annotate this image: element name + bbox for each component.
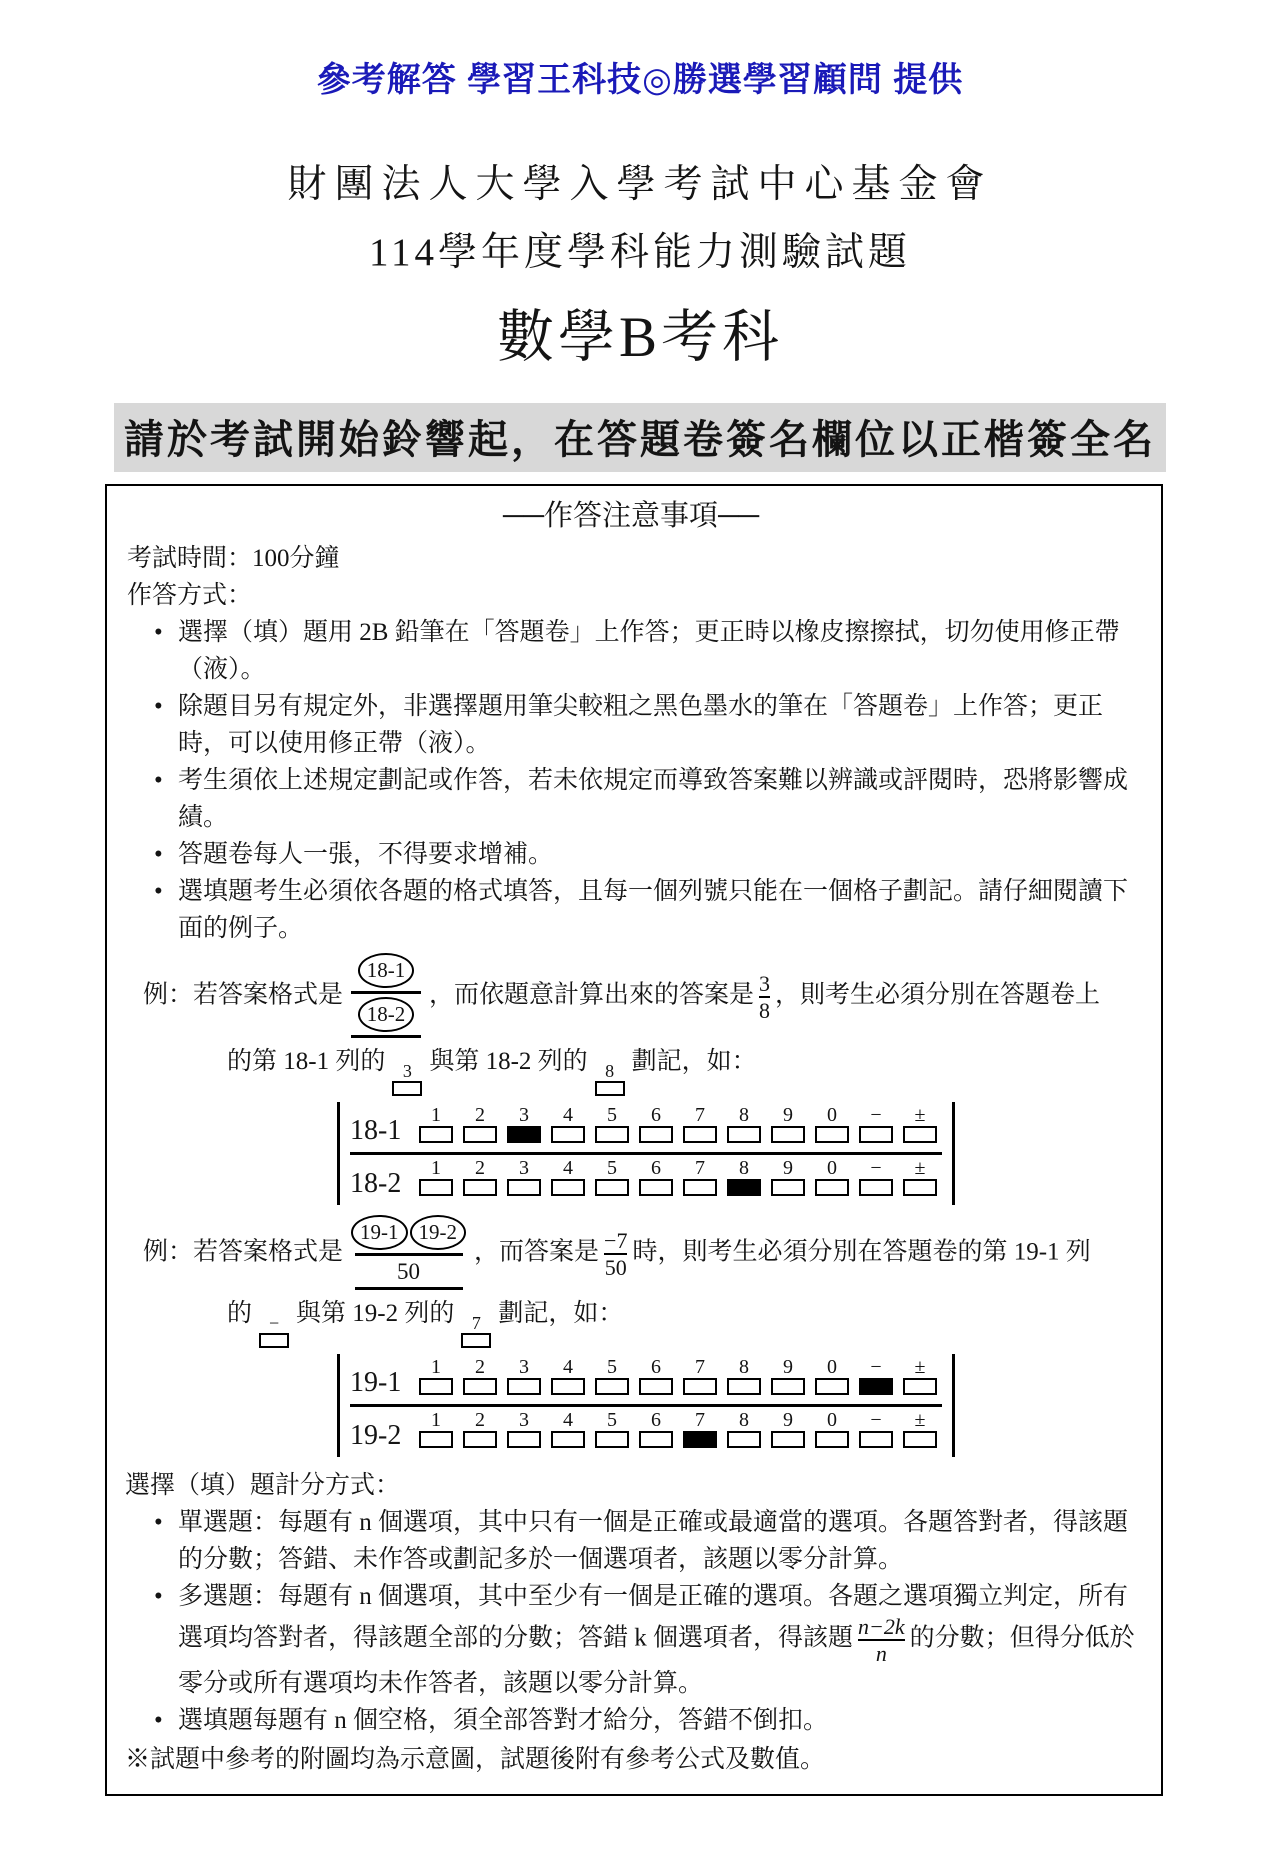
bubble-grid: 18-11234567890−±18-21234567890−± <box>337 1102 955 1205</box>
answer-bubble <box>727 1431 761 1448</box>
answer-grid-cell-label: 0 <box>827 1358 837 1377</box>
fraction-denominator: 8 <box>759 999 770 1022</box>
underline-bar <box>355 1287 463 1290</box>
answer-grid-cell: 3 <box>502 1159 546 1196</box>
answer-grid-cell-label: 7 <box>695 1106 705 1125</box>
mark-box-minus: − <box>259 1315 289 1348</box>
answering-notes-box: ──作答注意事項── 考試時間：100分鐘 作答方式： 選擇（填）題用 2B 鉛… <box>105 484 1163 1796</box>
example-2-mark-instruction: 的−與第 19-2 列的7劃記，如： <box>227 1295 1137 1348</box>
answer-grid-cell: ± <box>898 1358 942 1395</box>
answer-grid-cell-label: 5 <box>607 1358 617 1377</box>
answer-method-list: 選擇（填）題用 2B 鉛筆在「答題卷」上作答；更正時以橡皮擦擦拭，切勿使用修正帶… <box>151 614 1137 947</box>
fraction-numerator: −7 <box>604 1229 627 1252</box>
organization-title: 財團法人大學入學考試中心基金會 <box>0 153 1280 209</box>
answer-bubble <box>683 1378 717 1395</box>
signature-instruction-banner: 請於考試開始鈴響起，在答題卷簽名欄位以正楷簽全名 <box>114 403 1166 472</box>
mark-box-label: − <box>269 1315 279 1332</box>
mark-box-rect <box>461 1333 491 1348</box>
answer-bubble <box>419 1431 453 1448</box>
answer-grid-cell-label: 7 <box>695 1159 705 1178</box>
answer-grid-cell-label: 8 <box>739 1159 749 1178</box>
answer-bubble-filled <box>727 1179 761 1196</box>
field-oval-18-2: 18-2 <box>358 997 415 1032</box>
score-fraction-n-2k-over-n: n−2kn <box>858 1615 905 1665</box>
bubble-grid: 19-11234567890−±19-21234567890−± <box>337 1354 955 1457</box>
example-1-sentence: 例：若答案格式是18-118-2，而依題意計算出來的答案是38，則考生必須分別在… <box>143 953 1137 1041</box>
answer-grid-cell-label: 6 <box>651 1358 661 1377</box>
list-item: 選擇（填）題用 2B 鉛筆在「答題卷」上作答；更正時以橡皮擦擦拭，切勿使用修正帶… <box>151 614 1137 688</box>
answer-grid-cell-label: 3 <box>519 1159 529 1178</box>
answer-grid-cell: 2 <box>458 1106 502 1143</box>
answer-grid-cell-label: 3 <box>519 1411 529 1430</box>
example-2-prefix: 例：若答案格式是 <box>143 1239 343 1266</box>
answer-grid-cell: 1 <box>414 1159 458 1196</box>
answer-bubble <box>683 1179 717 1196</box>
answer-fraction-3-8: 38 <box>759 972 770 1022</box>
mark-box-rect <box>259 1333 289 1348</box>
answer-bubble <box>903 1431 937 1448</box>
answer-bubble <box>551 1126 585 1143</box>
answer-bubble <box>639 1179 673 1196</box>
answer-grid-cell-label: 9 <box>783 1106 793 1125</box>
answer-grid-cell: 3 <box>502 1411 546 1448</box>
answer-method-label: 作答方式： <box>127 577 1137 614</box>
answer-bubble <box>507 1179 541 1196</box>
answer-bubble <box>595 1126 629 1143</box>
answer-grid-cell: 9 <box>766 1411 810 1448</box>
answer-bubble <box>815 1378 849 1395</box>
answer-grid-cell: 7 <box>678 1159 722 1196</box>
underline-bar <box>351 1035 421 1038</box>
answer-grid-cell-label: 6 <box>651 1159 661 1178</box>
answer-bubble <box>683 1126 717 1143</box>
answer-grid-cell: 4 <box>546 1106 590 1143</box>
answer-bubble <box>595 1431 629 1448</box>
answer-grid-cell-label: 5 <box>607 1106 617 1125</box>
answer-grid-cell-label: 4 <box>563 1358 573 1377</box>
answer-grid-row-label: 18-2 <box>350 1170 414 1198</box>
answer-format-18-graphic: 18-118-2 <box>351 953 421 1041</box>
answer-bubble <box>815 1179 849 1196</box>
answer-grid-cell-label: 6 <box>651 1411 661 1430</box>
field-oval-pair: 19-119-2 <box>351 1215 466 1250</box>
list-item: 選填題考生必須依各題的格式填答，且每一個列號只能在一個格子劃記。請仔細閱讀下面的… <box>151 873 1137 947</box>
answer-grid-row-label: 18-1 <box>350 1117 414 1145</box>
answer-grid-cell-label: 3 <box>519 1106 529 1125</box>
answer-grid-18: 18-11234567890−±18-21234567890−± <box>337 1102 1137 1205</box>
answer-bubble <box>903 1179 937 1196</box>
answer-grid-cell: 8 <box>722 1411 766 1448</box>
fraction-denominator: n <box>876 1642 887 1665</box>
example-2-mid: ，而答案是 <box>474 1239 599 1266</box>
answer-grid-cell-label: 7 <box>695 1411 705 1430</box>
answer-grid-cell-label: 1 <box>431 1411 441 1430</box>
mark-box-label: 7 <box>472 1315 481 1332</box>
answer-bubble <box>507 1378 541 1395</box>
answer-grid-row-label: 19-1 <box>350 1369 414 1397</box>
answer-grid-cell: 5 <box>590 1106 634 1143</box>
mark-box-label: 8 <box>605 1063 614 1080</box>
answer-grid-cell: 5 <box>590 1358 634 1395</box>
answer-grid-cell-label: 9 <box>783 1159 793 1178</box>
answer-grid-row: 18-21234567890−± <box>350 1152 942 1205</box>
answer-grid-cell-label: 2 <box>475 1106 485 1125</box>
answer-grid-cell: 1 <box>414 1106 458 1143</box>
answer-grid-cell-label: 4 <box>563 1106 573 1125</box>
answer-grid-row: 19-11234567890−± <box>350 1354 942 1404</box>
answer-bubble <box>419 1179 453 1196</box>
answer-bubble <box>463 1378 497 1395</box>
answer-grid-cell: 3 <box>502 1106 546 1143</box>
exam-year-title: 114學年度學科能力測驗試題 <box>0 221 1280 277</box>
answer-grid-cell: ± <box>898 1106 942 1143</box>
answer-grid-cell-label: 9 <box>783 1358 793 1377</box>
answer-grid-cell-label: 3 <box>519 1358 529 1377</box>
answer-bubble <box>463 1431 497 1448</box>
answer-grid-cell: 5 <box>590 1411 634 1448</box>
answer-grid-row: 19-21234567890−± <box>350 1404 942 1457</box>
fraction-numerator: n−2k <box>858 1615 905 1638</box>
example-1-mid: ，而依題意計算出來的答案是 <box>429 982 754 1009</box>
mark-text: 的第 18-1 列的 <box>227 1048 385 1075</box>
answer-bubble <box>815 1126 849 1143</box>
answer-grid-cell: 0 <box>810 1358 854 1395</box>
answer-grid-cell: ± <box>898 1411 942 1448</box>
answer-grid-cell: 6 <box>634 1411 678 1448</box>
answer-grid-cell-label: 1 <box>431 1106 441 1125</box>
list-item-multi-choice: 多選題：每題有 n 個選項，其中至少有一個是正確的選項。各題之選項獨立判定，所有… <box>151 1578 1137 1702</box>
mark-box-rect <box>595 1081 625 1096</box>
answer-grid-cell: 1 <box>414 1358 458 1395</box>
answer-grid-cell-label: 8 <box>739 1411 749 1430</box>
answer-bubble-filled <box>683 1431 717 1448</box>
field-oval-18-1: 18-1 <box>358 953 415 988</box>
answer-grid-cell-label: 0 <box>827 1106 837 1125</box>
answer-grid-cell-label: 6 <box>651 1106 661 1125</box>
scoring-section-title: 選擇（填）題計分方式： <box>125 1467 1137 1504</box>
example-1-mark-instruction: 的第 18-1 列的3與第 18-2 列的8劃記，如： <box>227 1043 1137 1096</box>
answer-grid-cell: 5 <box>590 1159 634 1196</box>
answer-grid-cell-label: 4 <box>563 1411 573 1430</box>
answer-grid-cell: 7 <box>678 1358 722 1395</box>
answer-key-credit-header: 參考解答 學習王科技◎勝選學習顧問 提供 <box>0 52 1280 101</box>
answer-bubble <box>859 1179 893 1196</box>
list-item: 答題卷每人一張，不得要求增補。 <box>151 836 1137 873</box>
answer-grid-cell-label: 8 <box>739 1358 749 1377</box>
list-item: 除題目另有規定外，非選擇題用筆尖較粗之黑色墨水的筆在「答題卷」上作答；更正時，可… <box>151 688 1137 762</box>
answer-grid-row: 18-11234567890−± <box>350 1102 942 1152</box>
fraction-denominator: 50 <box>605 1256 627 1279</box>
answer-grid-cell: 1 <box>414 1411 458 1448</box>
answer-bubble <box>903 1378 937 1395</box>
footnote: ※試題中參考的附圖均為示意圖，試題後附有參考公式及數值。 <box>125 1741 1137 1778</box>
answer-bubble <box>903 1126 937 1143</box>
answer-grid-cell: 9 <box>766 1106 810 1143</box>
answer-grid-cell: − <box>854 1159 898 1196</box>
answer-format-19-graphic: 19-119-250 <box>351 1215 466 1293</box>
answer-grid-row-label: 19-2 <box>350 1422 414 1450</box>
answer-grid-cell-label: 8 <box>739 1106 749 1125</box>
mark-box-7: 7 <box>461 1315 491 1348</box>
mark-text: 劃記，如： <box>498 1300 623 1327</box>
answer-bubble <box>639 1378 673 1395</box>
answer-grid-cell-label: ± <box>915 1159 926 1178</box>
answer-bubble <box>463 1179 497 1196</box>
answer-bubble <box>859 1431 893 1448</box>
answer-grid-cell-label: 2 <box>475 1159 485 1178</box>
answer-grid-19: 19-11234567890−±19-21234567890−± <box>337 1354 1137 1457</box>
fraction-bar <box>355 1253 463 1256</box>
answer-grid-cell: 6 <box>634 1159 678 1196</box>
mark-box-8: 8 <box>595 1063 625 1096</box>
mark-box-rect <box>392 1081 422 1096</box>
answer-bubble <box>727 1378 761 1395</box>
mark-text: 與第 19-2 列的 <box>296 1300 454 1327</box>
answer-grid-cell-label: − <box>870 1106 881 1125</box>
answer-bubble <box>507 1431 541 1448</box>
example-1-prefix: 例：若答案格式是 <box>143 982 343 1009</box>
answer-grid-cell: 4 <box>546 1411 590 1448</box>
answer-bubble <box>419 1378 453 1395</box>
list-item-single-choice: 單選題：每題有 n 個選項，其中只有一個是正確或最適當的選項。各題答對者，得該題… <box>151 1504 1137 1578</box>
answer-grid-cell-label: 1 <box>431 1159 441 1178</box>
answer-grid-cell-label: ± <box>915 1358 926 1377</box>
answer-grid-cell: 2 <box>458 1159 502 1196</box>
answer-grid-cell-label: 4 <box>563 1159 573 1178</box>
answer-grid-cell: 6 <box>634 1106 678 1143</box>
answer-grid-cell: 2 <box>458 1411 502 1448</box>
exam-time-line: 考試時間：100分鐘 <box>127 540 1137 577</box>
answer-grid-cell-label: ± <box>915 1106 926 1125</box>
answer-grid-cell: − <box>854 1411 898 1448</box>
answer-grid-cell: 0 <box>810 1411 854 1448</box>
answer-bubble <box>551 1378 585 1395</box>
answer-bubble-filled <box>507 1126 541 1143</box>
mark-text: 與第 18-2 列的 <box>429 1048 587 1075</box>
answer-bubble <box>639 1126 673 1143</box>
answer-grid-cell: 4 <box>546 1358 590 1395</box>
answer-grid-cell: − <box>854 1358 898 1395</box>
format-denominator-50: 50 <box>397 1259 420 1284</box>
answer-grid-cell-label: 9 <box>783 1411 793 1430</box>
answer-fraction-neg7-50: −750 <box>604 1229 627 1279</box>
answer-bubble <box>551 1431 585 1448</box>
answer-grid-cell: 0 <box>810 1159 854 1196</box>
answer-grid-cell: 0 <box>810 1106 854 1143</box>
fraction-numerator: 3 <box>759 972 770 995</box>
list-item: 考生須依上述規定劃記或作答，若未依規定而導致答案難以辨識或評閱時，恐將影響成績。 <box>151 762 1137 836</box>
answer-grid-cell: 8 <box>722 1106 766 1143</box>
answer-grid-cell: 8 <box>722 1159 766 1196</box>
answer-grid-cell-label: 7 <box>695 1358 705 1377</box>
subject-title: 數學B考科 <box>0 291 1280 373</box>
list-item-fill-in: 選填題每題有 n 個空格，須全部答對才給分，答錯不倒扣。 <box>151 1702 1137 1739</box>
answer-grid-cell: 7 <box>678 1106 722 1143</box>
answer-grid-cell: 3 <box>502 1358 546 1395</box>
answer-grid-cell: ± <box>898 1159 942 1196</box>
answer-grid-cell-label: 2 <box>475 1411 485 1430</box>
answer-bubble <box>595 1179 629 1196</box>
answer-grid-cell: 9 <box>766 1159 810 1196</box>
answer-bubble <box>551 1179 585 1196</box>
answer-grid-cell: 6 <box>634 1358 678 1395</box>
mark-text: 劃記，如： <box>632 1048 757 1075</box>
answer-grid-cell: 4 <box>546 1159 590 1196</box>
answer-grid-cell-label: 0 <box>827 1411 837 1430</box>
answer-bubble <box>859 1126 893 1143</box>
answer-bubble-filled <box>859 1378 893 1395</box>
answer-grid-cell-label: 5 <box>607 1411 617 1430</box>
scoring-list: 單選題：每題有 n 個選項，其中只有一個是正確或最適當的選項。各題答對者，得該題… <box>151 1504 1137 1739</box>
fraction-bar <box>351 991 421 994</box>
answer-grid-cell-label: 5 <box>607 1159 617 1178</box>
answer-grid-cell-label: − <box>870 1411 881 1430</box>
answer-grid-cell: 8 <box>722 1358 766 1395</box>
answer-grid-cell: 9 <box>766 1358 810 1395</box>
example-2-sentence: 例：若答案格式是19-119-250，而答案是−750時，則考生必須分別在答題卷… <box>143 1215 1137 1293</box>
answer-bubble <box>595 1378 629 1395</box>
answer-grid-cell-label: − <box>870 1159 881 1178</box>
example-2-suffix: 時，則考生必須分別在答題卷的第 19-1 列 <box>632 1239 1090 1266</box>
answer-grid-cell-label: 0 <box>827 1159 837 1178</box>
answer-bubble <box>463 1126 497 1143</box>
answer-bubble <box>771 1179 805 1196</box>
answer-grid-cell-label: − <box>870 1358 881 1377</box>
answer-grid-cell-label: ± <box>915 1411 926 1430</box>
field-oval-19-1: 19-1 <box>351 1215 408 1250</box>
field-oval-19-2: 19-2 <box>410 1215 467 1250</box>
answer-bubble <box>419 1126 453 1143</box>
answer-bubble <box>771 1126 805 1143</box>
answer-bubble <box>771 1431 805 1448</box>
mark-box-label: 3 <box>403 1063 412 1080</box>
answer-grid-cell: 2 <box>458 1358 502 1395</box>
answer-grid-cell-label: 2 <box>475 1358 485 1377</box>
answer-grid-cell: 7 <box>678 1411 722 1448</box>
mark-text: 的 <box>227 1300 252 1327</box>
mark-box-3: 3 <box>392 1063 422 1096</box>
answer-bubble <box>639 1431 673 1448</box>
answer-grid-cell-label: 1 <box>431 1358 441 1377</box>
example-1-suffix: ，則考生必須分別在答題卷上 <box>775 982 1100 1009</box>
answer-grid-cell: − <box>854 1106 898 1143</box>
answer-bubble <box>771 1378 805 1395</box>
notes-section-title: ──作答注意事項── <box>125 496 1137 536</box>
answer-bubble <box>815 1431 849 1448</box>
answer-bubble <box>727 1126 761 1143</box>
